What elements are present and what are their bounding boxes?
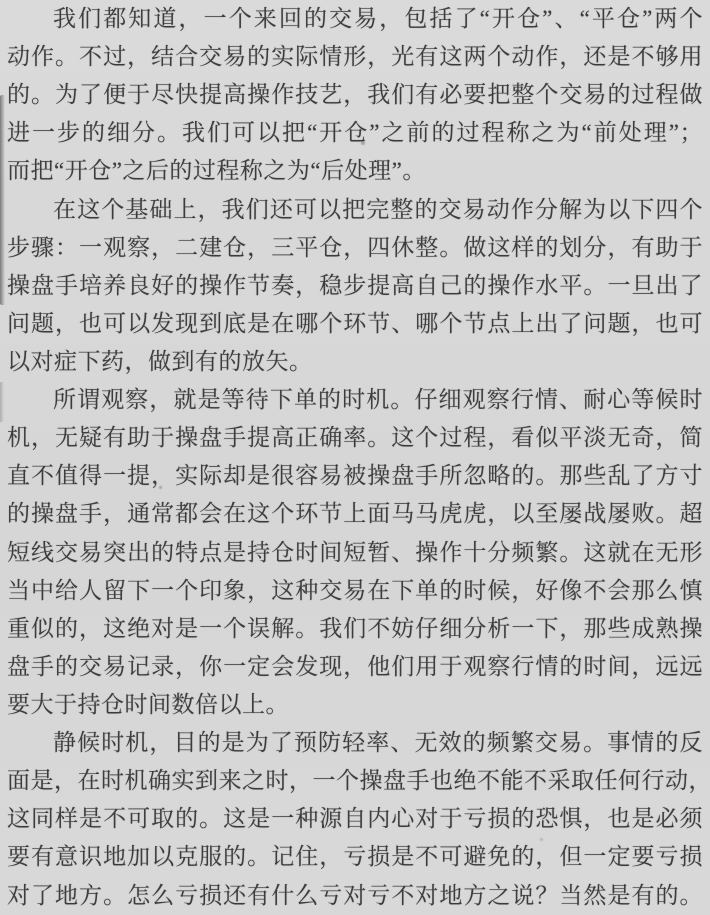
text-line: 问题，也可以发现到底是在哪个环节、哪个节点上出了问题，也可 <box>7 305 703 343</box>
paragraph: 所谓观察，就是等待下单的时机。仔细观察行情、耐心等候时机，无疑有助于操盘手提高正… <box>7 381 703 724</box>
text-line: 对了地方。怎么亏损还有什么亏对亏不对地方之说？当然是有的。 <box>7 877 703 915</box>
text-line: 要大于持仓时间数倍以上。 <box>7 686 703 724</box>
text-line: 静候时机，目的是为了预防轻率、无效的频繁交易。事情的反 <box>7 724 703 762</box>
text-line: 面是，在时机确实到来之时，一个操盘手也绝不能不采取任何行动， <box>7 762 703 800</box>
text-line: 在这个基础上，我们还可以把完整的交易动作分解为以下四个 <box>7 191 703 229</box>
text-line: 机，无疑有助于操盘手提高正确率。这个过程，看似平淡无奇，简 <box>7 419 703 457</box>
text-line: 进一步的细分。我们可以把“开仓”之前的过程称之为“前处理”； <box>7 114 703 152</box>
text-line: 直不值得一提，实际却是很容易被操盘手所忽略的。那些乱了方寸 <box>7 457 703 495</box>
text-line: 以对症下药，做到有的放矢。 <box>7 343 703 381</box>
paragraph: 在这个基础上，我们还可以把完整的交易动作分解为以下四个步骤：一观察，二建仓，三平… <box>7 191 703 382</box>
text-line: 我们都知道，一个来回的交易，包括了“开仓”、“平仓”两个 <box>7 0 703 38</box>
scanned-page: 我们都知道，一个来回的交易，包括了“开仓”、“平仓”两个动作。不过，结合交易的实… <box>0 0 710 915</box>
text-line: 这同样是不可取的。这是一种源自内心对于亏损的恐惧，也是必须 <box>7 800 703 838</box>
paragraph: 静候时机，目的是为了预防轻率、无效的频繁交易。事情的反面是，在时机确实到来之时，… <box>7 724 703 915</box>
text-line: 重似的，这绝对是一个误解。我们不妨仔细分析一下，那些成熟操 <box>7 610 703 648</box>
text-line: 的。为了便于尽快提高操作技艺，我们有必要把整个交易的过程做 <box>7 76 703 114</box>
text-line: 短线交易突出的特点是持仓时间短暂、操作十分频繁。这就在无形 <box>7 534 703 572</box>
paragraph: 我们都知道，一个来回的交易，包括了“开仓”、“平仓”两个动作。不过，结合交易的实… <box>7 0 703 191</box>
text-line: 动作。不过，结合交易的实际情形，光有这两个动作，还是不够用 <box>7 38 703 76</box>
text-line: 当中给人留下一个印象，这种交易在下单的时候，好像不会那么慎 <box>7 572 703 610</box>
text-line: 操盘手培养良好的操作节奏，稳步提高自己的操作水平。一旦出了 <box>7 267 703 305</box>
scan-edge-smudge <box>0 382 4 422</box>
scan-edge-shadow <box>0 95 5 305</box>
text-line: 步骤：一观察，二建仓，三平仓，四休整。做这样的划分，有助于 <box>7 229 703 267</box>
text-line: 盘手的交易记录，你一定会发现，他们用于观察行情的时间，远远 <box>7 648 703 686</box>
text-line: 要有意识地加以克服的。记住，亏损是不可避免的，但一定要亏损 <box>7 838 703 876</box>
body-text: 我们都知道，一个来回的交易，包括了“开仓”、“平仓”两个动作。不过，结合交易的实… <box>7 0 703 915</box>
text-line: 所谓观察，就是等待下单的时机。仔细观察行情、耐心等候时 <box>7 381 703 419</box>
text-line: 而把“开仓”之后的过程称之为“后处理”。 <box>7 152 703 190</box>
text-line: 的操盘手，通常都会在这个环节上面马马虎虎，以至屡战屡败。超 <box>7 495 703 533</box>
